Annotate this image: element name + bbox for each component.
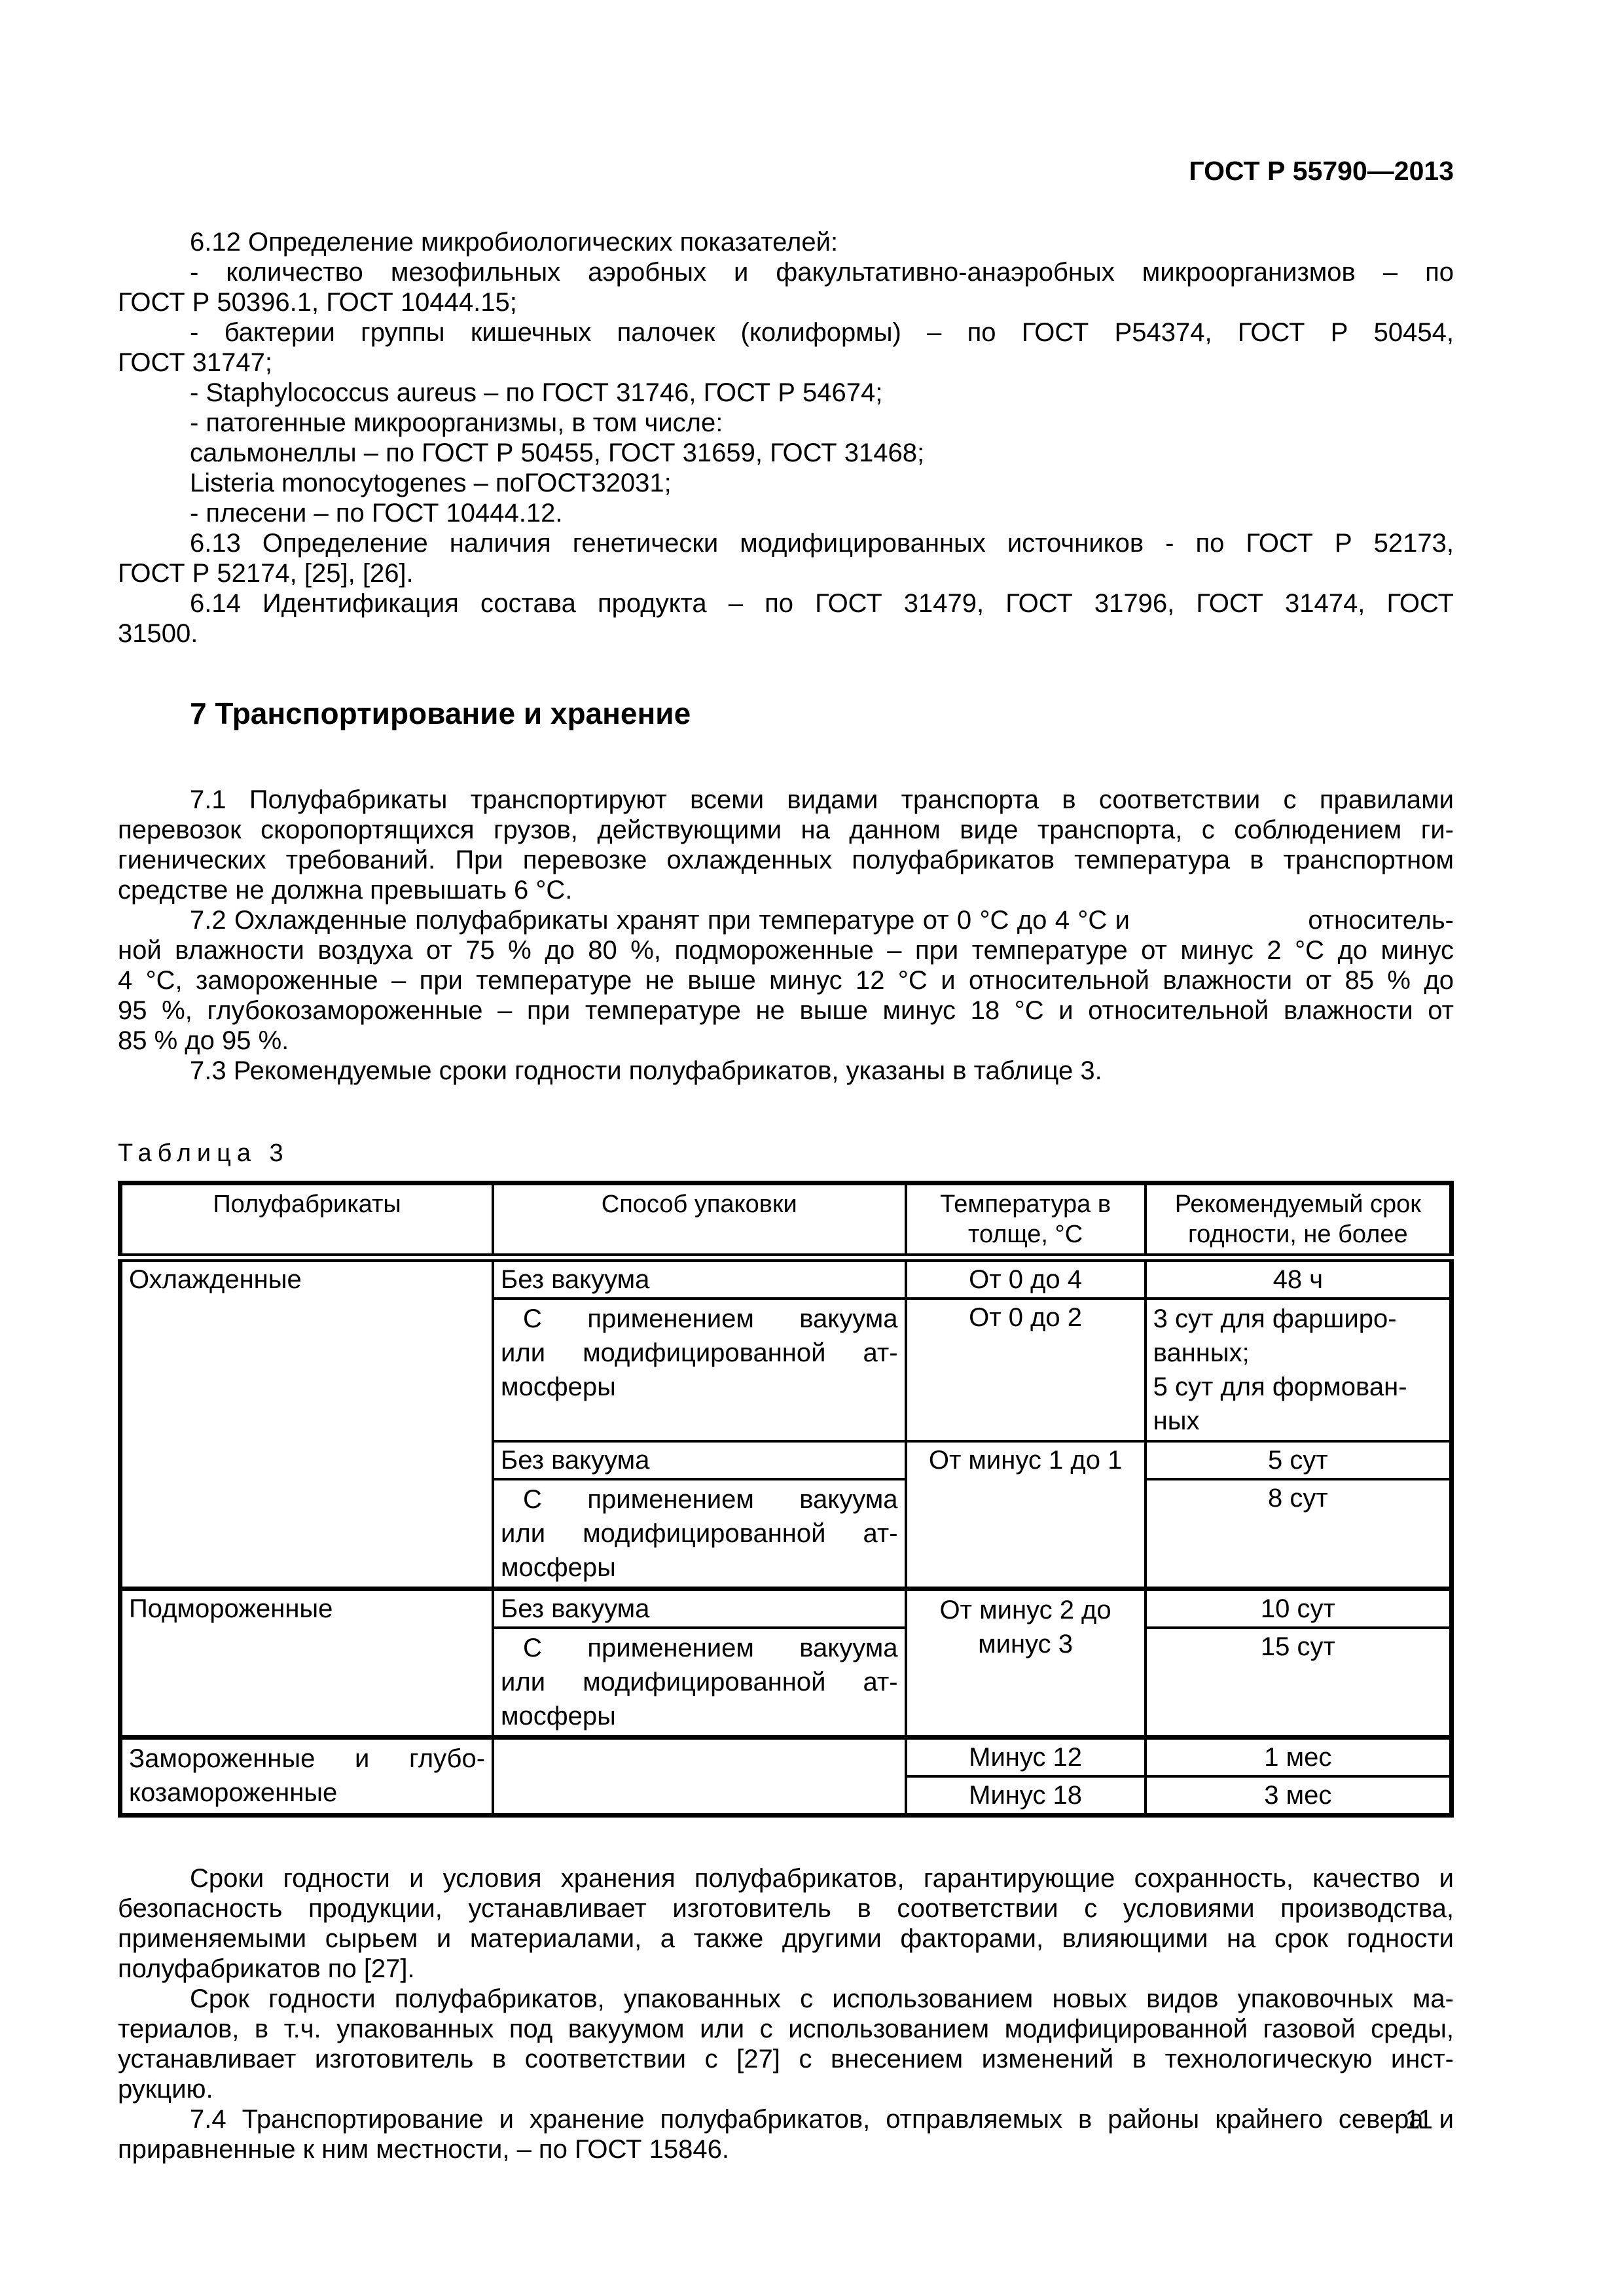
cell-text: минус 3	[914, 1627, 1138, 1661]
text-line: применяемыми сырьем и материалами, а так…	[118, 1924, 1454, 1954]
clause-7-3: 7.3 Рекомендуемые сроки годности полуфаб…	[118, 1056, 1454, 1086]
text-line: 7.1 Полуфабрикаты транспортируют всеми в…	[118, 785, 1454, 815]
text-line: 7.3 Рекомендуемые сроки годности полуфаб…	[118, 1056, 1454, 1086]
cell-temperature: Минус 12	[906, 1738, 1146, 1777]
cell-packing-empty	[493, 1738, 906, 1816]
text-line: териалов, в т.ч. упакованных под вакуумо…	[118, 2014, 1454, 2044]
header-text: годности, не более	[1149, 1219, 1447, 1249]
text-line: Listeria monocytogenes – поГОСТ32031;	[118, 468, 1454, 498]
cell-packing: Без вакуума	[493, 1258, 906, 1299]
cell-shelf-life: 1 мес	[1146, 1738, 1452, 1777]
cell-text: мосферы	[501, 1370, 898, 1404]
cell-shelf-life: 3 мес	[1146, 1776, 1452, 1816]
cell-text: или модифицированной ат-	[501, 1336, 898, 1370]
table-header-row: Полуфабрикаты Способ упаковки Температур…	[120, 1183, 1452, 1258]
text-line: сальмонеллы – по ГОСТ Р 50455, ГОСТ 3165…	[118, 438, 1454, 468]
text-line: - бактерии группы кишечных палочек (коли…	[118, 317, 1454, 348]
text-line: 85 % до 95 %.	[118, 1026, 1454, 1056]
text-line: 6.12 Определение микробиологических пока…	[118, 227, 1454, 257]
clause-6-12: 6.12 Определение микробиологических пока…	[118, 227, 1454, 649]
cell-text: козамороженные	[129, 1776, 485, 1810]
clause-7-2: 7.2 Охлажденные полуфабрикаты хранят при…	[118, 905, 1454, 1056]
cell-packing: Без вакуума	[493, 1441, 906, 1479]
header-text: Полуфабрикаты	[125, 1189, 489, 1219]
cell-text: или модифицированной ат-	[501, 1665, 898, 1699]
section-7-heading: 7 Транспортирование и хранение	[118, 696, 1454, 731]
table-row: Подмороженные Без вакуума От минус 2 до …	[120, 1589, 1452, 1628]
cell-text: мосферы	[501, 1551, 898, 1585]
header-text: Температура в	[910, 1189, 1142, 1219]
cell-temperature: Минус 18	[906, 1776, 1146, 1816]
text-line: - Staphylococcus aureus – по ГОСТ 31746,…	[118, 378, 1454, 408]
text-line: 6.13 Определение наличия генетически мод…	[118, 528, 1454, 558]
text-line: 6.14 Идентификация состава продукта – по…	[118, 588, 1454, 619]
cell-text: ных	[1153, 1404, 1443, 1438]
header-text: толще, °С	[910, 1219, 1142, 1249]
cell-packing: С применением вакуума или модифицированн…	[493, 1299, 906, 1441]
text-line: полуфабрикатов по [27].	[118, 1954, 1454, 1984]
col-header-products: Полуфабрикаты	[120, 1183, 494, 1258]
text-line: приравненные к ним местности, – по ГОСТ …	[118, 2134, 1454, 2164]
cell-shelf-life: 10 сут	[1146, 1589, 1452, 1628]
storage-paragraph-2: Срок годности полуфабрикатов, упакованны…	[118, 1984, 1454, 2104]
cell-product: Подмороженные	[120, 1589, 494, 1738]
header-text: Рекомендуемый срок	[1149, 1189, 1447, 1219]
clause-7-1: 7.1 Полуфабрикаты транспортируют всеми в…	[118, 785, 1454, 905]
document-page: ГОСТ Р 55790—2013 6.12 Определение микро…	[0, 0, 1624, 2296]
cell-shelf-life: 3 сут для фарширо- ванных; 5 сут для фор…	[1146, 1299, 1452, 1441]
cell-shelf-life: 8 сут	[1146, 1479, 1452, 1589]
cell-text: С применением вакуума	[501, 1302, 898, 1336]
col-header-temperature: Температура в толще, °С	[906, 1183, 1146, 1258]
col-header-shelf-life: Рекомендуемый срок годности, не более	[1146, 1183, 1452, 1258]
cell-text: ванных;	[1153, 1336, 1443, 1370]
cell-temperature: От 0 до 4	[906, 1258, 1146, 1299]
text-line: 7.4 Транспортирование и хранение полуфаб…	[118, 2104, 1454, 2134]
text-line: - плесени – по ГОСТ 10444.12.	[118, 498, 1454, 528]
cell-shelf-life: 15 сут	[1146, 1628, 1452, 1738]
cell-text: 5 сут для формован-	[1153, 1370, 1443, 1404]
cell-text: мосферы	[501, 1699, 898, 1733]
text-line: ной влажности воздуха от 75 % до 80 %, п…	[118, 935, 1454, 965]
doc-header: ГОСТ Р 55790—2013	[118, 156, 1454, 187]
cell-temperature: От минус 1 до 1	[906, 1441, 1146, 1589]
cell-packing: С применением вакуума или модифицированн…	[493, 1479, 906, 1589]
text-line: ГОСТ Р 50396.1, ГОСТ 10444.15;	[118, 287, 1454, 317]
shelf-life-table: Полуфабрикаты Способ упаковки Температур…	[118, 1181, 1454, 1818]
cell-text: 3 сут для фарширо-	[1153, 1302, 1443, 1336]
cell-product: Охлажденные	[120, 1258, 494, 1589]
text-line: 7.2 Охлажденные полуфабрикаты хранят при…	[118, 905, 1454, 935]
text-line: 4 °С, замороженные – при температуре не …	[118, 965, 1454, 996]
clause-7-4: 7.4 Транспортирование и хранение полуфаб…	[118, 2104, 1454, 2164]
storage-paragraph-1: Сроки годности и условия хранения полуфа…	[118, 1863, 1454, 1984]
page-number: 11	[1405, 2104, 1433, 2135]
text-line: Сроки годности и условия хранения полуфа…	[118, 1863, 1454, 1893]
text-line: перевозок скоропортящихся грузов, действ…	[118, 815, 1454, 845]
cell-text: С применением вакуума	[501, 1482, 898, 1516]
header-text: Способ упаковки	[497, 1189, 902, 1219]
cell-packing: С применением вакуума или модифицированн…	[493, 1628, 906, 1738]
cell-temperature: От минус 2 до минус 3	[906, 1589, 1146, 1738]
text-line: Срок годности полуфабрикатов, упакованны…	[118, 1984, 1454, 2014]
cell-temperature: От 0 до 2	[906, 1299, 1146, 1441]
table-row: Охлажденные Без вакуума От 0 до 4 48 ч	[120, 1258, 1452, 1299]
table-row: Замороженные и глубо- козамороженные Мин…	[120, 1738, 1452, 1777]
cell-text: или модифицированной ат-	[501, 1516, 898, 1551]
cell-shelf-life: 48 ч	[1146, 1258, 1452, 1299]
cell-text: От минус 2 до	[914, 1593, 1138, 1627]
text-line: ГОСТ 31747;	[118, 348, 1454, 378]
text-line: 95 %, глубокозамороженные – при температ…	[118, 996, 1454, 1026]
text-line: средстве не должна превышать 6 °С.	[118, 875, 1454, 905]
text-line: - количество мезофильных аэробных и факу…	[118, 257, 1454, 287]
col-header-packing: Способ упаковки	[493, 1183, 906, 1258]
cell-packing: Без вакуума	[493, 1589, 906, 1628]
text-line: ГОСТ Р 52174, [25], [26].	[118, 558, 1454, 588]
cell-product: Замороженные и глубо- козамороженные	[120, 1738, 494, 1816]
text-line: устанавливает изготовитель в соответстви…	[118, 2044, 1454, 2074]
text-line: - патогенные микроорганизмы, в том числе…	[118, 408, 1454, 438]
text-line: гиенических требований. При перевозке ох…	[118, 845, 1454, 875]
cell-text: С применением вакуума	[501, 1631, 898, 1665]
table-3-label: Таблица 3	[118, 1139, 1454, 1168]
text-line: 31500.	[118, 619, 1454, 649]
cell-text: Замороженные и глубо-	[129, 1742, 485, 1776]
text-line: безопасность продукции, устанавливает из…	[118, 1893, 1454, 1924]
cell-shelf-life: 5 сут	[1146, 1441, 1452, 1479]
text-line: рукцию.	[118, 2074, 1454, 2104]
